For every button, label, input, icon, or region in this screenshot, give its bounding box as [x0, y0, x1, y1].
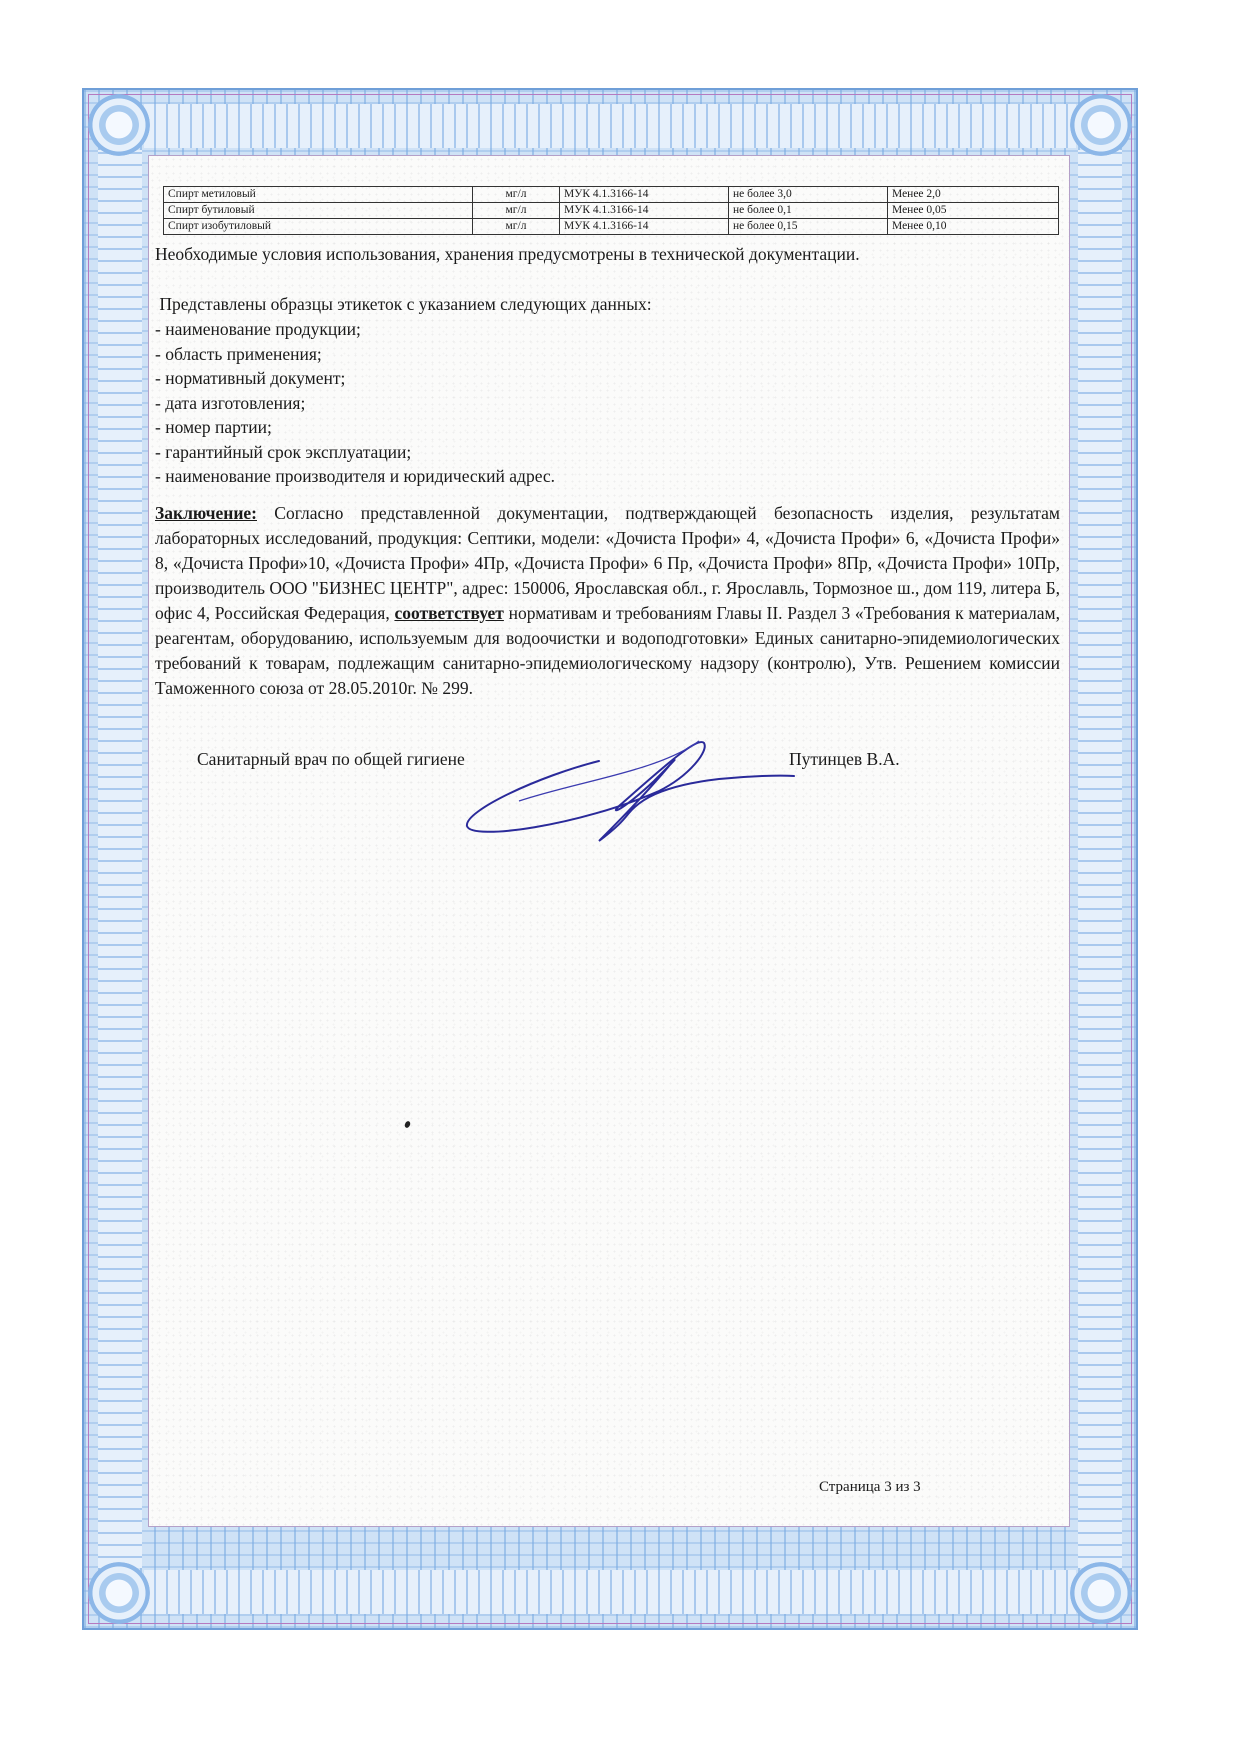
- unit-cell: мг/л: [473, 219, 560, 235]
- conclusion-label: Заключение:: [155, 503, 257, 523]
- border-band-top: [144, 104, 1076, 148]
- labels-list: - наименование продукции; - область прим…: [155, 317, 555, 489]
- indicator-cell: Спирт изобутиловый: [164, 219, 473, 235]
- result-cell: Менее 0,05: [888, 203, 1059, 219]
- table-row: Спирт изобутиловый мг/л МУК 4.1.3166-14 …: [164, 219, 1059, 235]
- table-row: Спирт бутиловый мг/л МУК 4.1.3166-14 не …: [164, 203, 1059, 219]
- result-cell: Менее 0,10: [888, 219, 1059, 235]
- method-cell: МУК 4.1.3166-14: [560, 187, 729, 203]
- signatory-name: Путинцев В.А.: [789, 749, 900, 770]
- list-item: - наименование продукции;: [155, 317, 555, 342]
- ornament-corner-icon: [88, 1562, 150, 1624]
- list-item: - номер партии;: [155, 415, 555, 440]
- norm-cell: не более 0,15: [729, 219, 888, 235]
- conditions-paragraph: Необходимые условия использования, хране…: [155, 242, 1060, 267]
- list-item: - дата изготовления;: [155, 391, 555, 416]
- table-row: Спирт метиловый мг/л МУК 4.1.3166-14 не …: [164, 187, 1059, 203]
- results-table: Спирт метиловый мг/л МУК 4.1.3166-14 не …: [163, 186, 1059, 235]
- method-cell: МУК 4.1.3166-14: [560, 203, 729, 219]
- method-cell: МУК 4.1.3166-14: [560, 219, 729, 235]
- border-band-right: [1078, 150, 1122, 1568]
- conclusion-paragraph: Заключение: Согласно представленной доку…: [155, 501, 1060, 701]
- indicator-cell: Спирт бутиловый: [164, 203, 473, 219]
- labels-intro: Представлены образцы этикеток с указание…: [155, 292, 1060, 317]
- page-number: Страница 3 из 3: [819, 1479, 921, 1496]
- unit-cell: мг/л: [473, 187, 560, 203]
- document-content: Спирт метиловый мг/л МУК 4.1.3166-14 не …: [149, 156, 1069, 1526]
- ornament-corner-icon: [88, 94, 150, 156]
- conclusion-verdict: соответствует: [394, 603, 503, 623]
- border-band-bottom: [144, 1570, 1076, 1614]
- signature-icon: [459, 731, 799, 851]
- ornament-corner-icon: [1070, 1562, 1132, 1624]
- ink-spot: [404, 1120, 411, 1128]
- norm-cell: не более 3,0: [729, 187, 888, 203]
- list-item: - нормативный документ;: [155, 366, 555, 391]
- indicator-cell: Спирт метиловый: [164, 187, 473, 203]
- list-item: - наименование производителя и юридическ…: [155, 464, 555, 489]
- signatory-position: Санитарный врач по общей гигиене: [197, 749, 465, 770]
- unit-cell: мг/л: [473, 203, 560, 219]
- list-item: - гарантийный срок эксплуатации;: [155, 440, 555, 465]
- ornament-corner-icon: [1070, 94, 1132, 156]
- list-item: - область применения;: [155, 342, 555, 367]
- document-page: Спирт метиловый мг/л МУК 4.1.3166-14 не …: [148, 155, 1070, 1527]
- result-cell: Менее 2,0: [888, 187, 1059, 203]
- border-band-left: [98, 150, 142, 1568]
- norm-cell: не более 0,1: [729, 203, 888, 219]
